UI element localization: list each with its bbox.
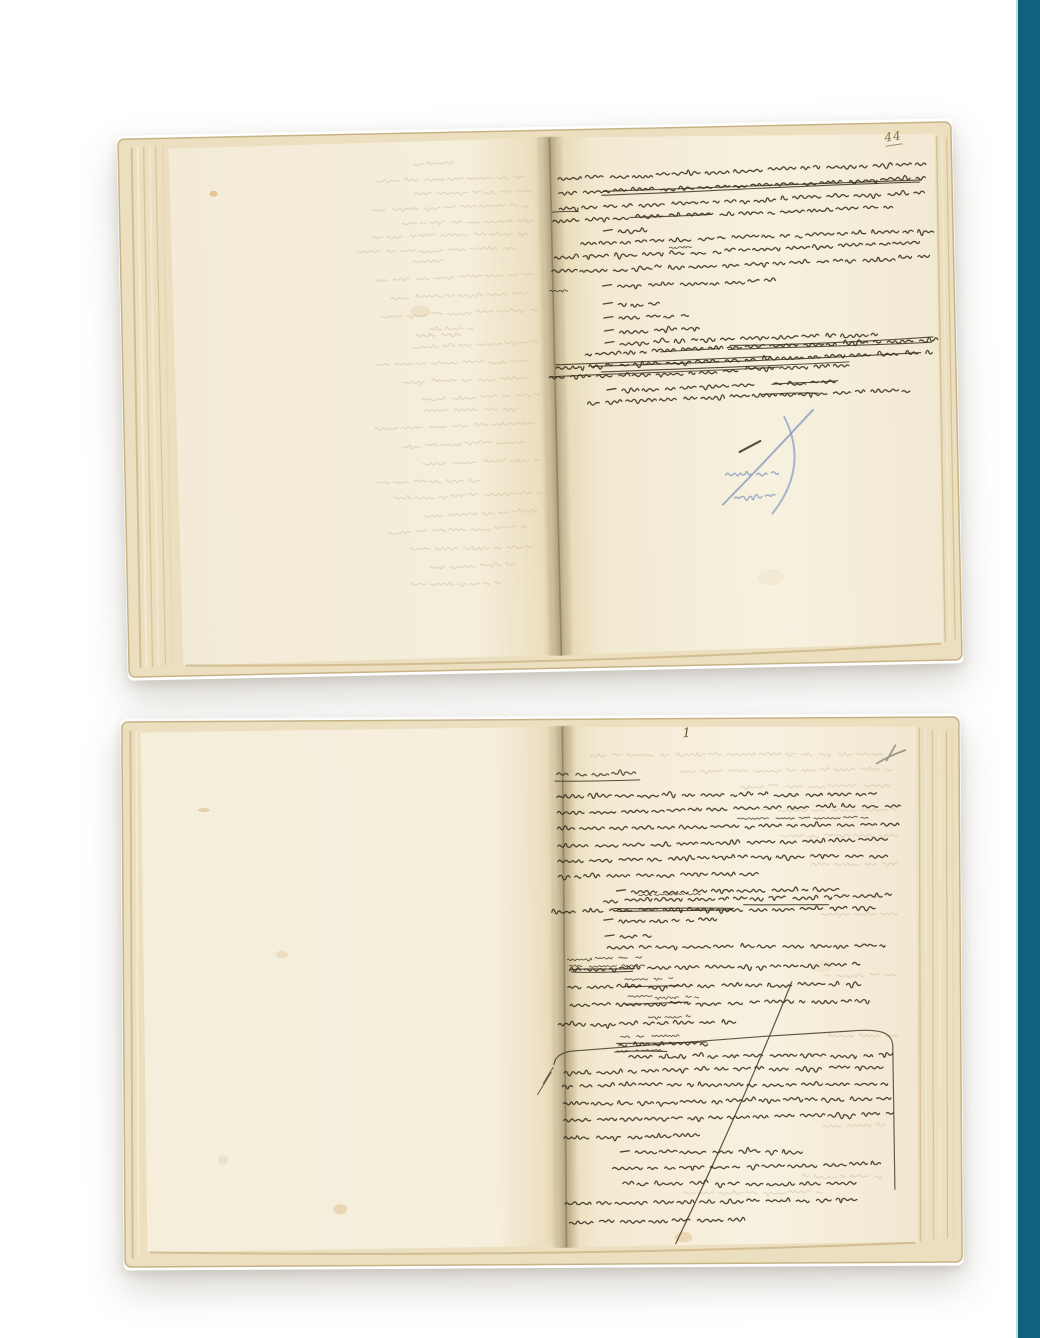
- paper-stain: [333, 1204, 347, 1214]
- left-page: [140, 727, 557, 1253]
- catalog-photo-page: 44: [0, 0, 1040, 1338]
- notebook-photo-top: 44: [116, 118, 963, 680]
- notebook-photo-bottom: 1: [120, 713, 963, 1270]
- bottom-notebook-image: [120, 713, 963, 1270]
- left-page: [169, 138, 554, 666]
- accent-bar: [1016, 0, 1040, 1338]
- paper-stain: [276, 951, 288, 959]
- paper-stain: [218, 1156, 228, 1164]
- top-notebook-image: [116, 118, 963, 680]
